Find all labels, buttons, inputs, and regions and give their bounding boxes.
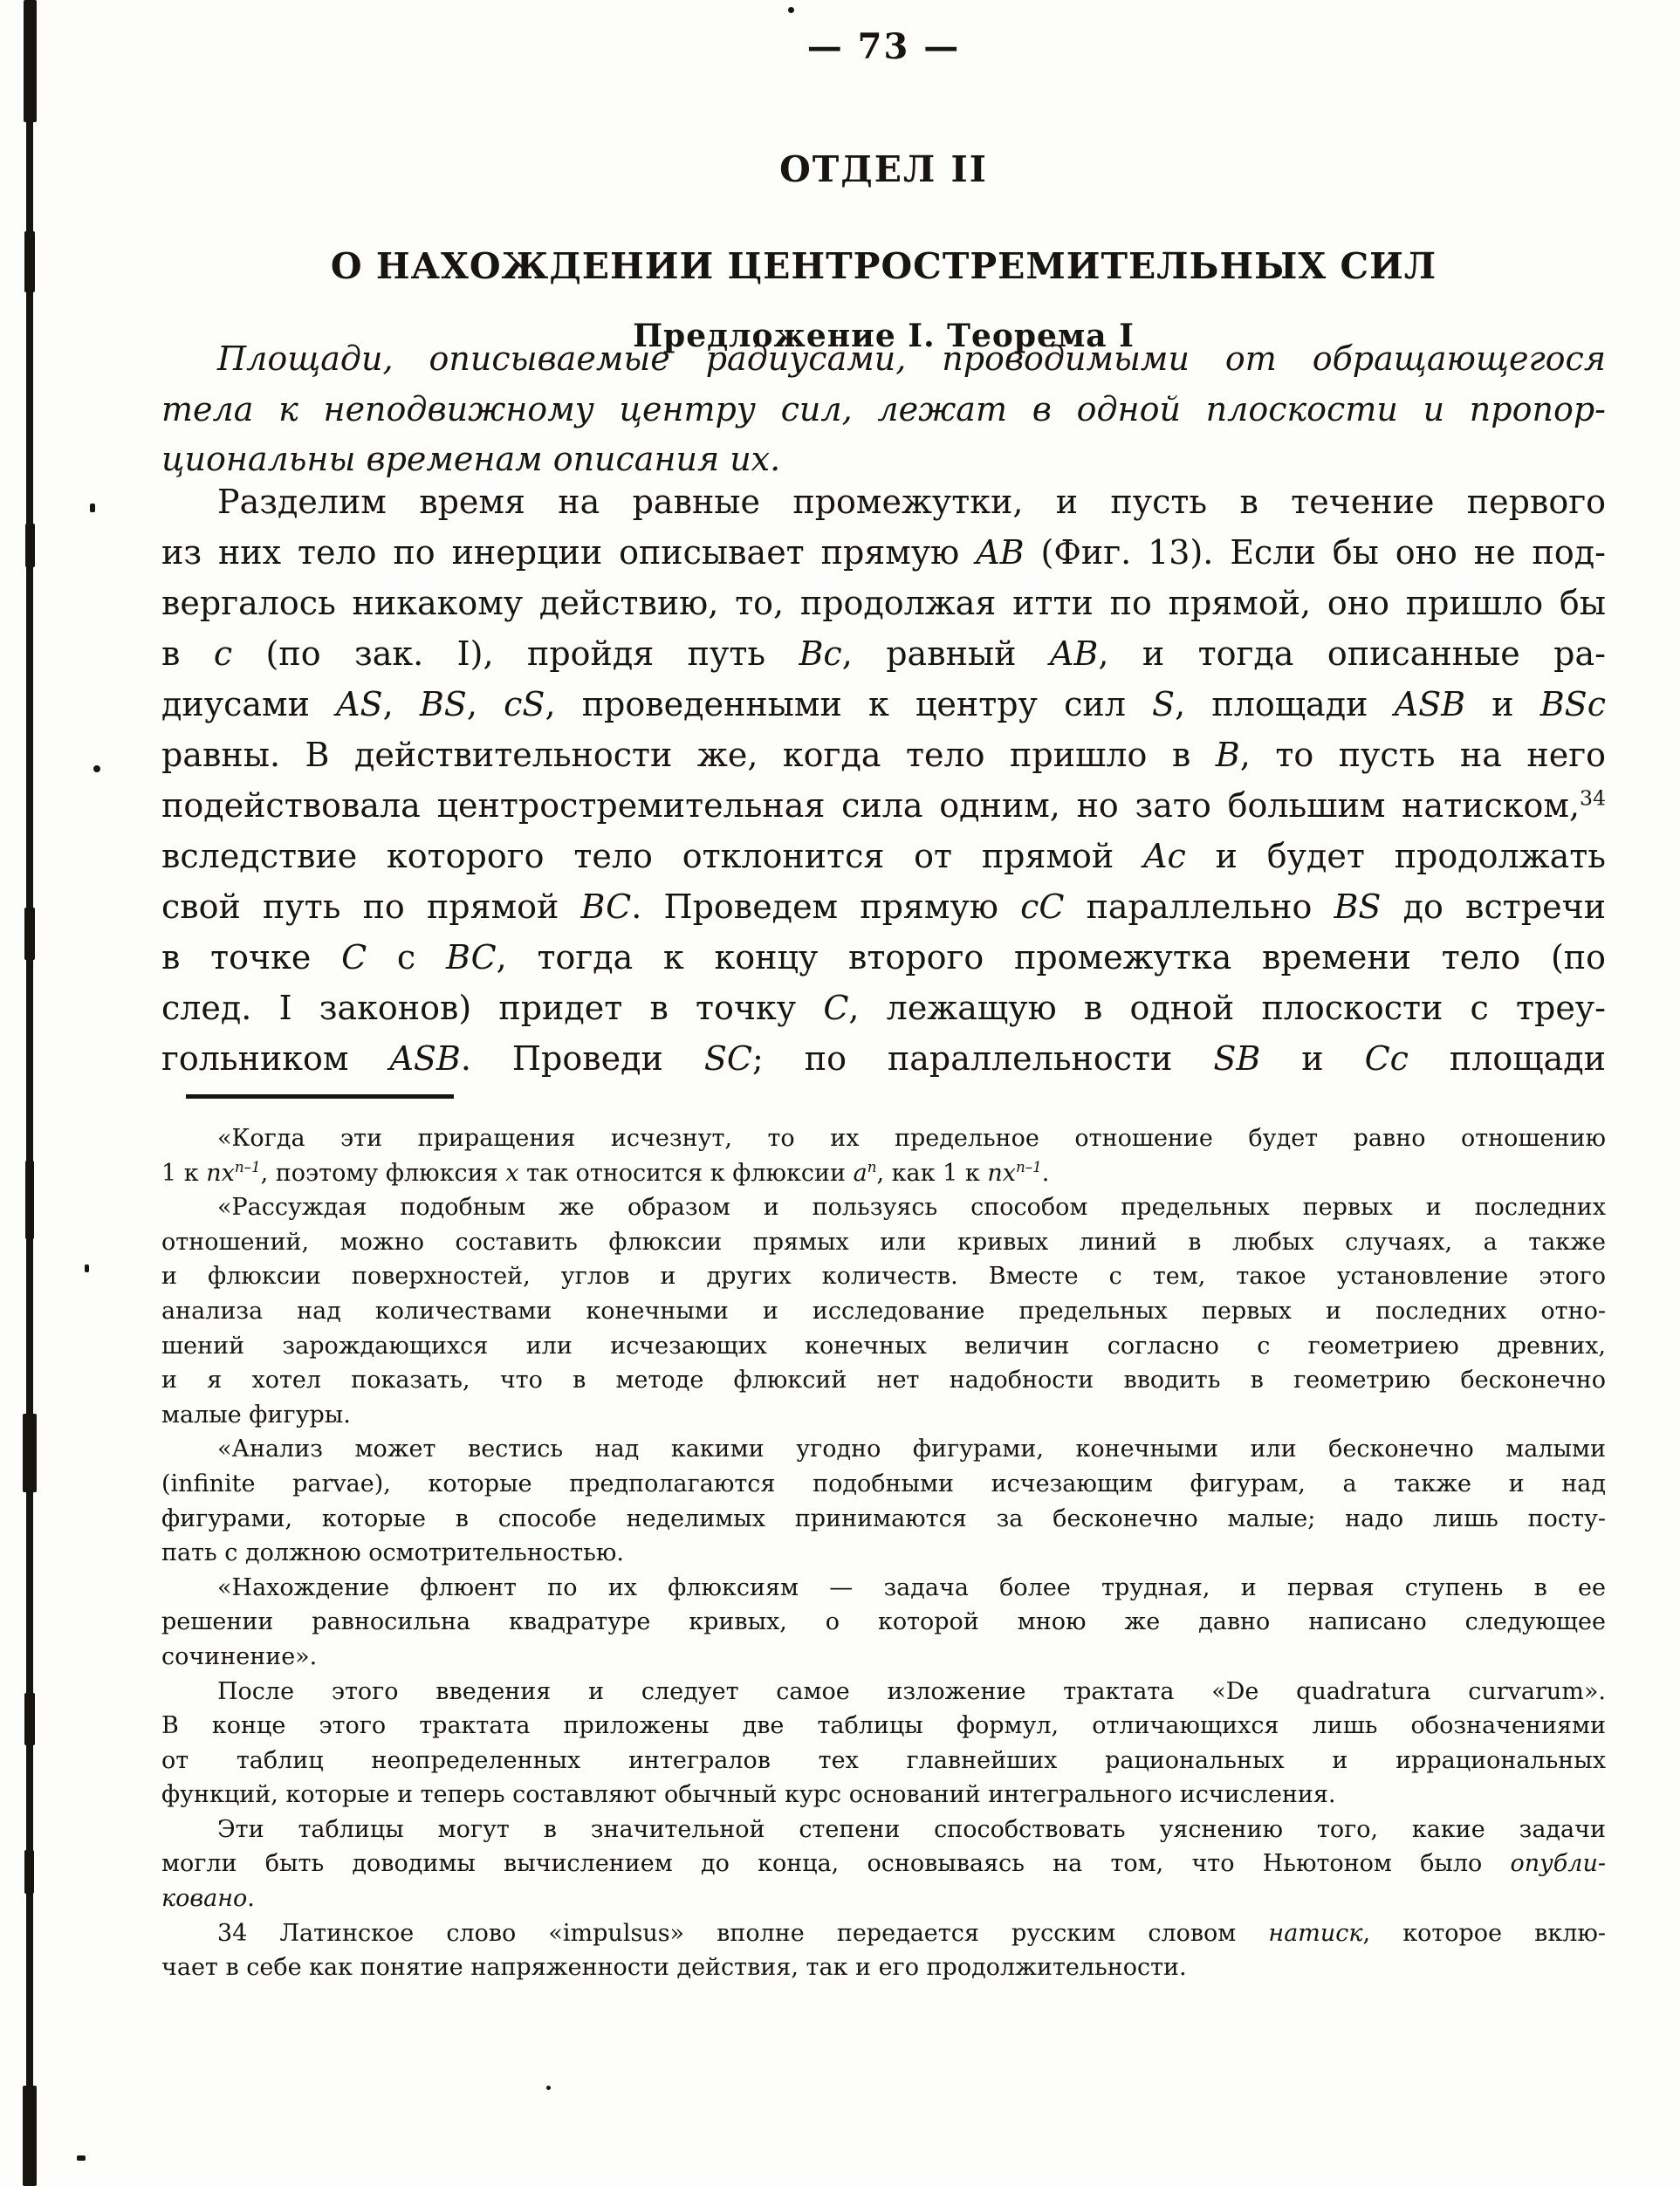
- text-line: тела к неподвижному центру сил, лежат в …: [161, 385, 1606, 435]
- text-line: функций, которые и теперь составляют обы…: [161, 1778, 1606, 1813]
- scan-artifact: [546, 2086, 551, 2090]
- text-line: могли быть доводимы вычислением до конца…: [161, 1847, 1606, 1881]
- chapter-title: О НАХОЖДЕНИИ ЦЕНТРОСТРЕМИТЕЛЬНЫХ СИЛ: [161, 245, 1606, 287]
- scan-artifact: [23, 1414, 37, 1492]
- text-line: в c (по зак. I), пройдя путь Bc, равный …: [161, 628, 1606, 679]
- scan-artifact: [93, 765, 100, 772]
- text-line: пать с должною осмотрительностью.: [161, 1536, 1606, 1571]
- text-line: гольником ASB. Проведи SC; по параллельн…: [161, 1033, 1606, 1084]
- text-line: Разделим время на равные промежутки, и п…: [161, 476, 1606, 527]
- text-line: ковано.: [161, 1881, 1606, 1916]
- text-line: чает в себе как понятие напряженности де…: [161, 1950, 1606, 1985]
- theorem-statement: Площади, описываемые радиусами, проводим…: [161, 334, 1606, 485]
- text-line: след. I законов) придет в точку C, лежащ…: [161, 983, 1606, 1033]
- footnote-rule: [186, 1094, 454, 1099]
- scan-artifact: [85, 1264, 89, 1272]
- text-line: вследствие которого тело отклонится от п…: [161, 831, 1606, 881]
- text-line: в точке C с BC, тогда к концу второго пр…: [161, 932, 1606, 983]
- text-line: сочинение».: [161, 1640, 1606, 1675]
- text-line: диусами AS, BS, cS, проведенными к центр…: [161, 679, 1606, 730]
- text-line: 34 Латинское слово «impulsus» вполне пер…: [161, 1916, 1606, 1951]
- scan-artifact: [24, 1850, 34, 1894]
- text-line: фигурами, которые в способе неделимых пр…: [161, 1502, 1606, 1537]
- section-heading: ОТДЕЛ II: [161, 148, 1606, 190]
- scan-artifact: [24, 1693, 35, 1745]
- binding-edge: [24, 0, 37, 122]
- text-line: отношений, можно составить флюксии прямы…: [161, 1225, 1606, 1260]
- text-line: подействовала центростремительная сила о…: [161, 780, 1606, 831]
- text-line: (infinite parvae), которые предполагаютс…: [161, 1467, 1606, 1502]
- text-line: малые фигуры.: [161, 1398, 1606, 1433]
- scan-artifact: [25, 524, 35, 567]
- footnote-text: «Когда эти приращения исчезнут, то их пр…: [161, 1121, 1606, 1985]
- text-line: Площади, описываемые радиусами, проводим…: [161, 334, 1606, 385]
- text-line: свой путь по прямой BC. Проведем прямую …: [161, 881, 1606, 932]
- text-line: Эти таблицы могут в значительной степени…: [161, 1813, 1606, 1847]
- scan-artifact: [90, 504, 95, 512]
- text-line: анализа над количествами конечными и исс…: [161, 1294, 1606, 1329]
- text-line: вергалось никакому действию, то, продолж…: [161, 578, 1606, 628]
- text-line: В конце этого трактата приложены две таб…: [161, 1709, 1606, 1744]
- page-number: — 73 —: [161, 26, 1606, 67]
- text-line: из них тело по инерции описывает прямую …: [161, 527, 1606, 578]
- text-line: «Нахождение флюент по их флюксиям — зада…: [161, 1571, 1606, 1606]
- text-line: «Анализ может вестись над какими угодно …: [161, 1432, 1606, 1467]
- scan-artifact: [788, 7, 794, 13]
- text-line: от таблиц неопределенных интегралов тех …: [161, 1744, 1606, 1778]
- scan-artifact: [24, 908, 35, 960]
- text-line: После этого введения и следует самое изл…: [161, 1675, 1606, 1710]
- scan-artifact: [25, 1161, 34, 1239]
- text-line: и флюксии поверхностей, углов и других к…: [161, 1259, 1606, 1294]
- scan-artifact: [24, 231, 35, 292]
- text-line: решении равносильна квадратуре кривых, о…: [161, 1605, 1606, 1640]
- scan-artifact: [77, 2155, 86, 2161]
- text-line: шений зарождающихся или исчезающих конеч…: [161, 1329, 1606, 1364]
- text-line: 1 к nxn–1, поэтому флюксия x так относит…: [161, 1156, 1606, 1191]
- scan-artifact: [23, 2086, 37, 2186]
- text-line: равны. В действительности же, когда тело…: [161, 730, 1606, 780]
- text-line: «Когда эти приращения исчезнут, то их пр…: [161, 1121, 1606, 1156]
- scanned-book-page: — 73 — ОТДЕЛ II О НАХОЖДЕНИИ ЦЕНТРОСТРЕМ…: [0, 0, 1680, 2186]
- body-text: Разделим время на равные промежутки, и п…: [161, 476, 1606, 1084]
- text-line: и я хотел показать, что в методе флюксий…: [161, 1363, 1606, 1398]
- text-line: «Рассуждая подобным же образом и пользуя…: [161, 1190, 1606, 1225]
